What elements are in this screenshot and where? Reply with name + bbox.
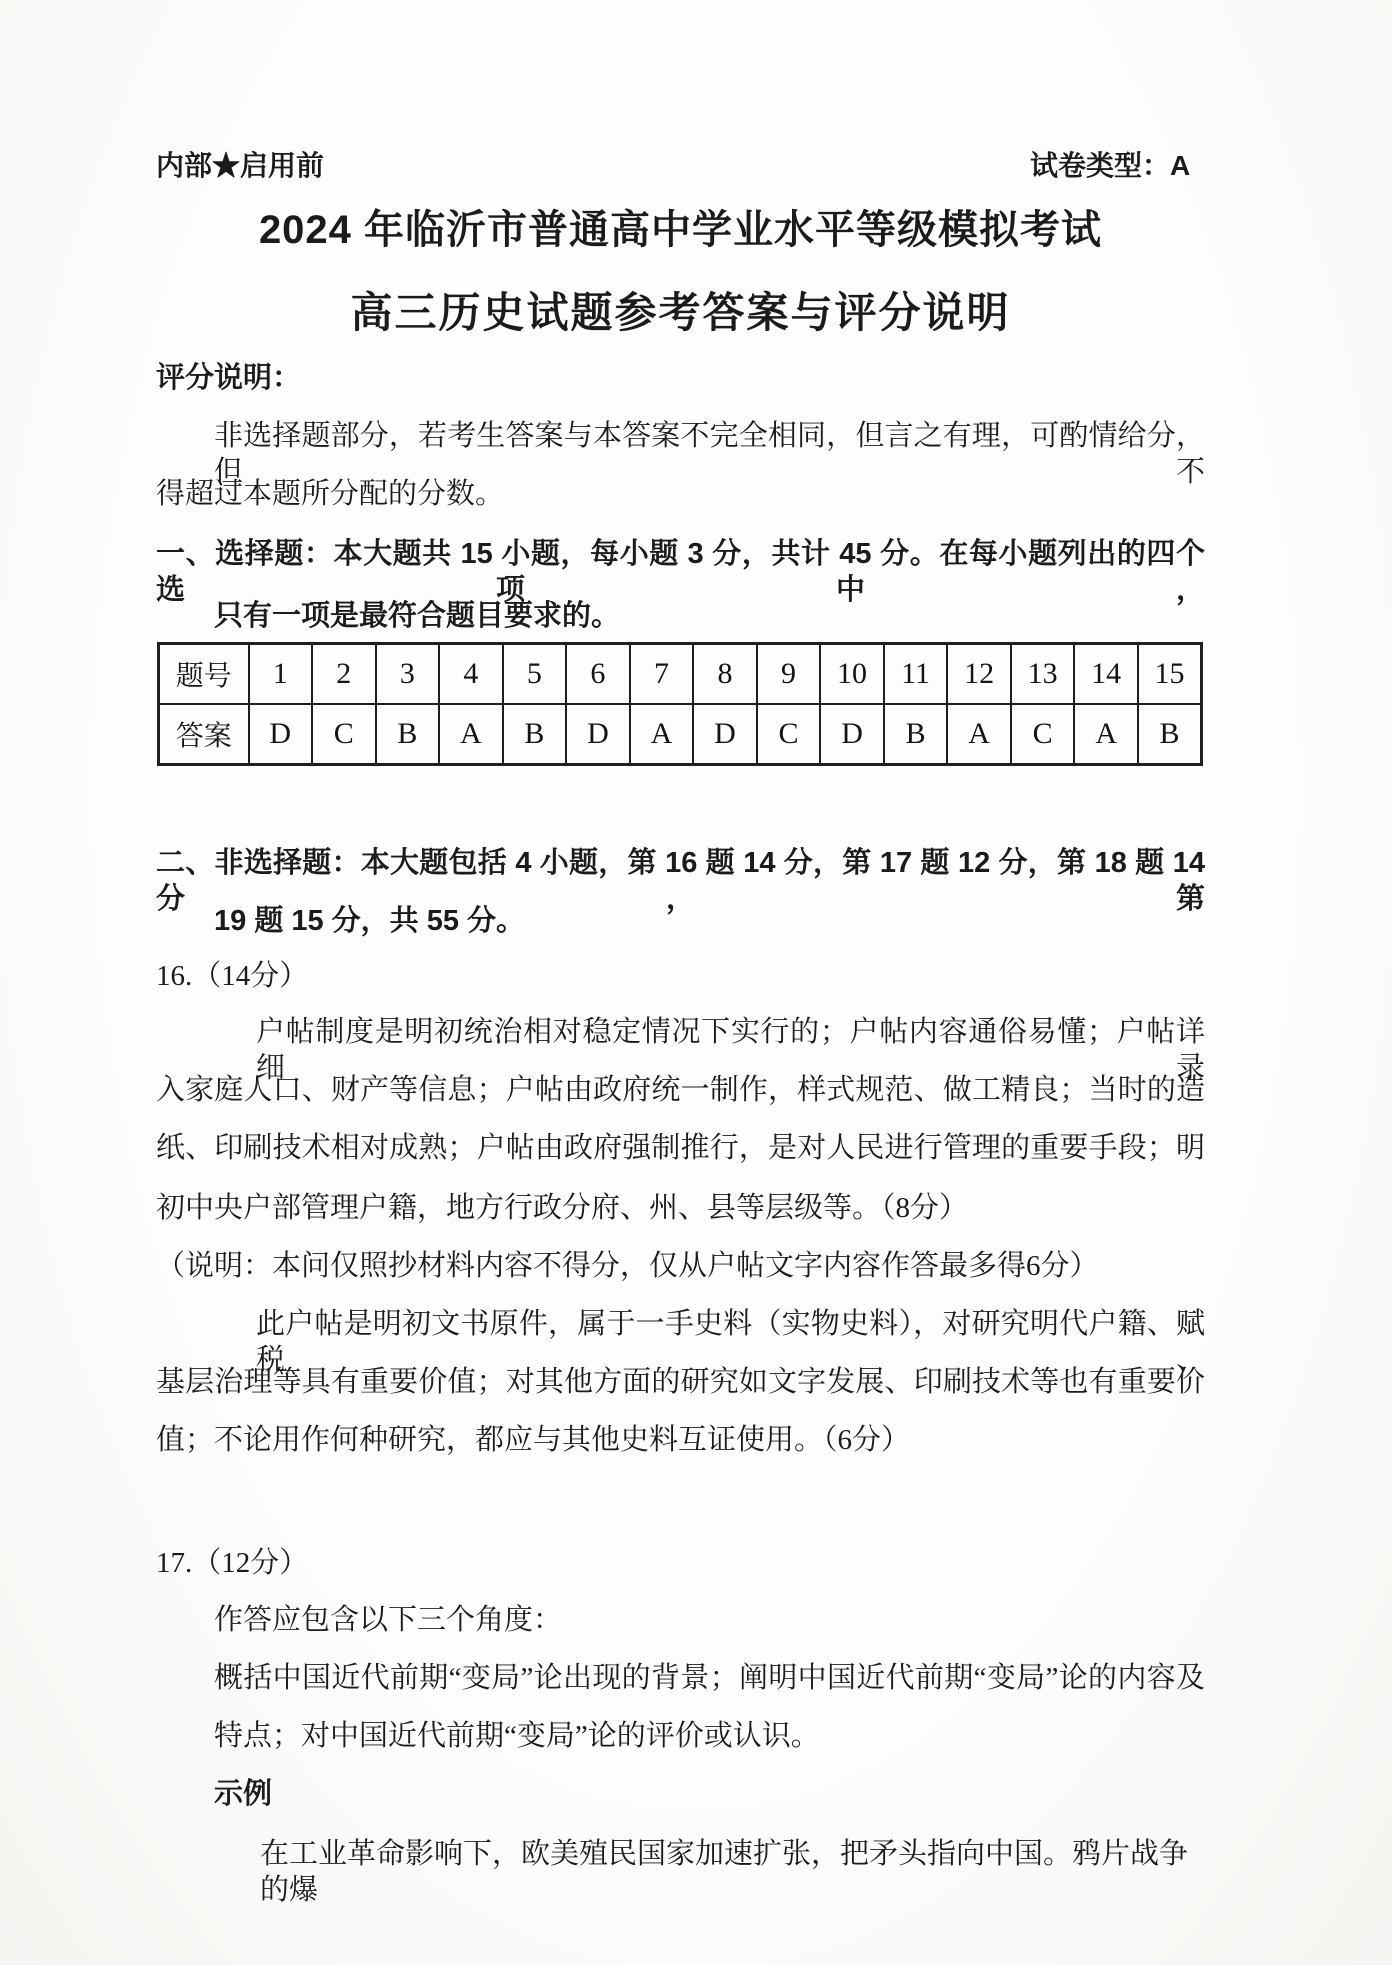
answer-header: 答案 [159,704,249,765]
question-number-cell: 2 [312,644,376,705]
question-number-cell: 1 [249,644,313,705]
answer-cell: D [693,704,757,765]
answer-cell: C [1011,704,1075,765]
question-number-cell: 7 [630,644,694,705]
question-number-cell: 11 [884,644,948,705]
answer-cell: C [312,704,376,765]
security-marking: 内部★启用前 [156,144,324,184]
answer-cell: D [249,704,313,765]
answer-cell: A [947,704,1011,765]
doc-title: 2024 年临沂市普通高中学业水平等级模拟考试 [156,198,1205,255]
doc-subtitle: 高三历史试题参考答案与评分说明 [156,280,1205,340]
answer-cell: A [1074,704,1138,765]
question-number-cell: 4 [439,644,503,705]
answer-cell: A [439,704,503,765]
question-number-cell: 9 [757,644,821,705]
answer-cell: D [820,704,884,765]
question-number-cell: 15 [1138,644,1202,705]
answer-cell: B [1138,704,1202,765]
answer-cell: B [376,704,440,765]
question-number-header: 题号 [159,644,249,705]
q17-angles-line-1: 概括中国近代前期“变局”论出现的背景；阐明中国近代前期“变局”论的内容及 [156,1660,1205,1696]
free-response-heading-line-2: 19 题 15 分，共 55 分。 [156,903,1205,939]
answer-cell: A [630,704,694,765]
q16-para2-line-2: 基层治理等具有重要价值；对其他方面的研究如文字发展、印刷技术等也有重要价 [156,1364,1205,1400]
question-number-cell: 5 [503,644,567,705]
q17-intro-line: 作答应包含以下三个角度： [156,1602,1205,1638]
scoring-note-heading: 评分说明： [156,360,1205,396]
question-17-label: 17.（12分） [156,1545,1205,1581]
q17-example-line-1: 在工业革命影响下，欧美殖民国家加速扩张，把矛头指向中国。鸦片战争的爆 [156,1836,1205,1909]
answer-cell: B [503,704,567,765]
question-16-label: 16.（14分） [156,958,1205,994]
question-number-row: 题号 1 2 3 4 5 6 7 8 9 10 11 12 13 14 15 [159,644,1202,705]
q16-para1-line-3: 纸、印刷技术相对成熟；户帖由政府强制推行，是对人民进行管理的重要手段；明 [156,1130,1205,1166]
paper-type-label: 试卷类型：A [1030,144,1190,184]
question-number-cell: 13 [1011,644,1075,705]
q16-para2-line-3: 值；不论用作何种研究，都应与其他史料互证使用。（6分） [156,1422,1205,1458]
question-number-cell: 12 [947,644,1011,705]
answer-cell: B [884,704,948,765]
question-number-cell: 3 [376,644,440,705]
q17-example-label: 示例 [156,1776,1205,1812]
exam-answer-document-page: { "page": { "header_left": "内部★启用前", "he… [0,0,1392,1965]
q17-angles-line-2: 特点；对中国近代前期“变局”论的评价或认识。 [156,1718,1205,1754]
q16-para1-line-4: 初中央户部管理户籍，地方行政分府、州、县等层级等。（8分） [156,1190,1205,1226]
answer-key-table: 题号 1 2 3 4 5 6 7 8 9 10 11 12 13 14 15 答… [157,642,1203,766]
question-number-cell: 8 [693,644,757,705]
question-number-cell: 14 [1074,644,1138,705]
question-number-cell: 6 [566,644,630,705]
answer-cell: D [566,704,630,765]
scoring-note-line-2: 得超过本题所分配的分数。 [156,476,1205,512]
q16-para1-line-2: 入家庭人口、财产等信息；户帖由政府统一制作，样式规范、做工精良；当时的造 [156,1072,1205,1108]
choice-section-heading-line-2: 只有一项是最符合题目要求的。 [156,598,1205,634]
question-number-cell: 10 [820,644,884,705]
q16-scoring-note: （说明：本问仅照抄材料内容不得分，仅从户帖文字内容作答最多得6分） [156,1248,1205,1284]
answer-cell: C [757,704,821,765]
answer-row: 答案 D C B A B D A D C D B A C A B [159,704,1202,765]
